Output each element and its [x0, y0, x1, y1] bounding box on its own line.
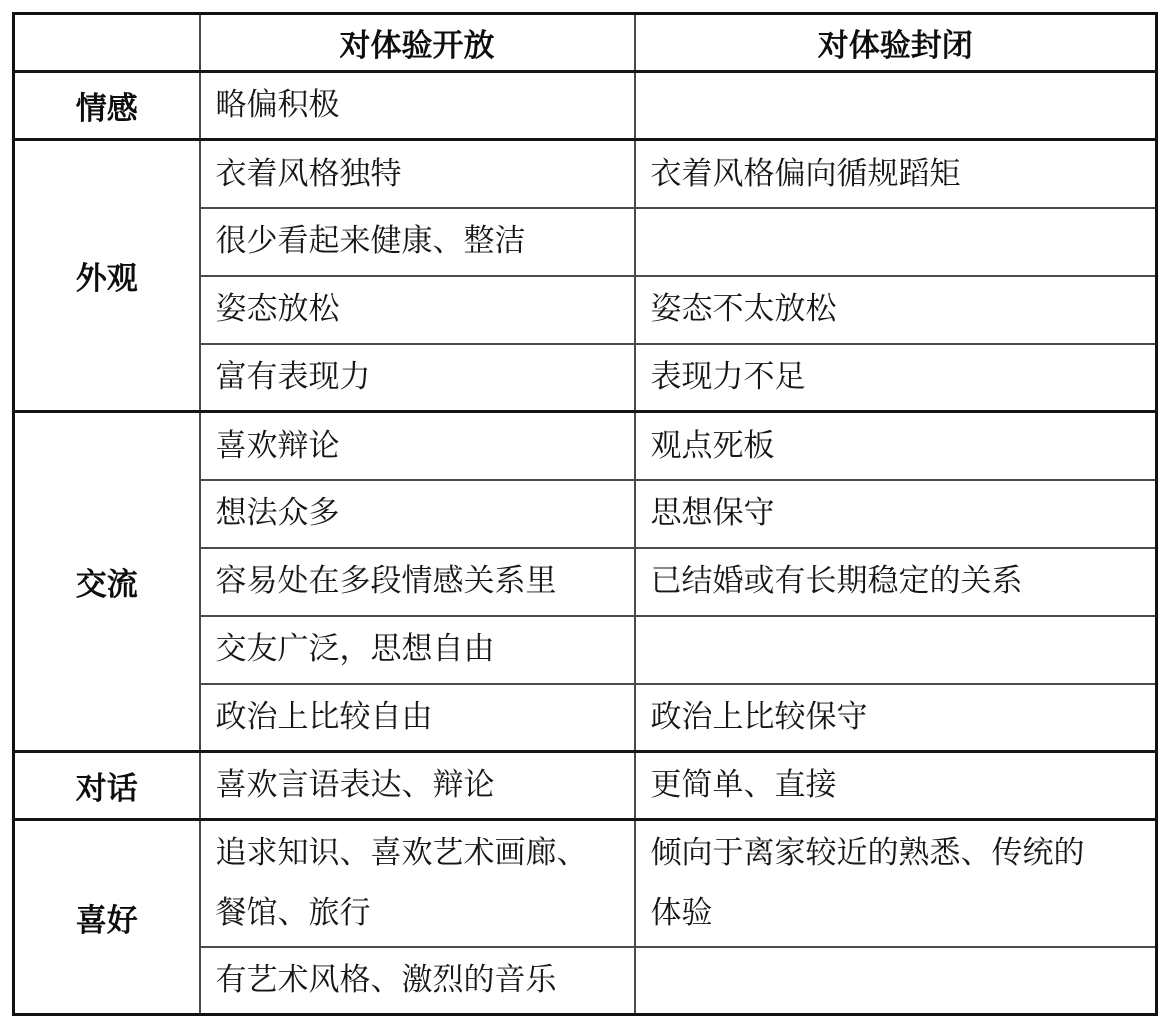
cell-open-trait: 想法众多: [200, 480, 635, 548]
table-row: 喜好追求知识、喜欢艺术画廊、餐馆、旅行倾向于离家较近的熟悉、传统的体验: [14, 820, 1157, 947]
row-group-label: 对话: [14, 752, 200, 820]
cell-open-trait: 交友广泛，思想自由: [200, 616, 635, 684]
column-header-closed-to-experience: 对体验封闭: [635, 14, 1157, 72]
cell-open-trait: 政治上比较自由: [200, 684, 635, 752]
cell-closed-trait: 表现力不足: [635, 344, 1157, 412]
cell-open-trait: 富有表现力: [200, 344, 635, 412]
document-page: 对体验开放 对体验封闭 情感略偏积极外观衣着风格独特衣着风格偏向循规蹈矩很少看起…: [0, 0, 1165, 1035]
cell-open-trait: 喜欢辩论: [200, 412, 635, 480]
cell-open-trait: 略偏积极: [200, 72, 635, 140]
cell-open-trait: 姿态放松: [200, 276, 635, 344]
cell-closed-trait: 已结婚或有长期稳定的关系: [635, 548, 1157, 616]
cell-open-trait: 衣着风格独特: [200, 140, 635, 208]
cell-open-trait: 容易处在多段情感关系里: [200, 548, 635, 616]
row-group-label: 外观: [14, 140, 200, 412]
cell-closed-trait: 倾向于离家较近的熟悉、传统的体验: [635, 820, 1157, 947]
cell-closed-trait: 更简单、直接: [635, 752, 1157, 820]
table-row: 情感略偏积极: [14, 72, 1157, 140]
table-row: 交流喜欢辩论观点死板: [14, 412, 1157, 480]
table-row: 对话喜欢言语表达、辩论更简单、直接: [14, 752, 1157, 820]
cell-closed-trait: [635, 947, 1157, 1015]
cell-open-trait: 追求知识、喜欢艺术画廊、餐馆、旅行: [200, 820, 635, 947]
cell-closed-trait: 衣着风格偏向循规蹈矩: [635, 140, 1157, 208]
column-header-open-to-experience: 对体验开放: [200, 14, 635, 72]
openness-comparison-table: 对体验开放 对体验封闭 情感略偏积极外观衣着风格独特衣着风格偏向循规蹈矩很少看起…: [12, 12, 1158, 1016]
cell-open-trait: 喜欢言语表达、辩论: [200, 752, 635, 820]
cell-closed-trait: 政治上比较保守: [635, 684, 1157, 752]
header-empty-cell: [14, 14, 200, 72]
cell-open-trait: 有艺术风格、激烈的音乐: [200, 947, 635, 1015]
row-group-label: 情感: [14, 72, 200, 140]
header-row: 对体验开放 对体验封闭: [14, 14, 1157, 72]
row-group-label: 喜好: [14, 820, 200, 1015]
cell-closed-trait: 观点死板: [635, 412, 1157, 480]
cell-closed-trait: [635, 72, 1157, 140]
cell-closed-trait: 思想保守: [635, 480, 1157, 548]
cell-closed-trait: 姿态不太放松: [635, 276, 1157, 344]
cell-closed-trait: [635, 208, 1157, 276]
cell-open-trait: 很少看起来健康、整洁: [200, 208, 635, 276]
table-row: 外观衣着风格独特衣着风格偏向循规蹈矩: [14, 140, 1157, 208]
cell-closed-trait: [635, 616, 1157, 684]
table-body: 情感略偏积极外观衣着风格独特衣着风格偏向循规蹈矩很少看起来健康、整洁姿态放松姿态…: [14, 72, 1157, 1015]
row-group-label: 交流: [14, 412, 200, 752]
